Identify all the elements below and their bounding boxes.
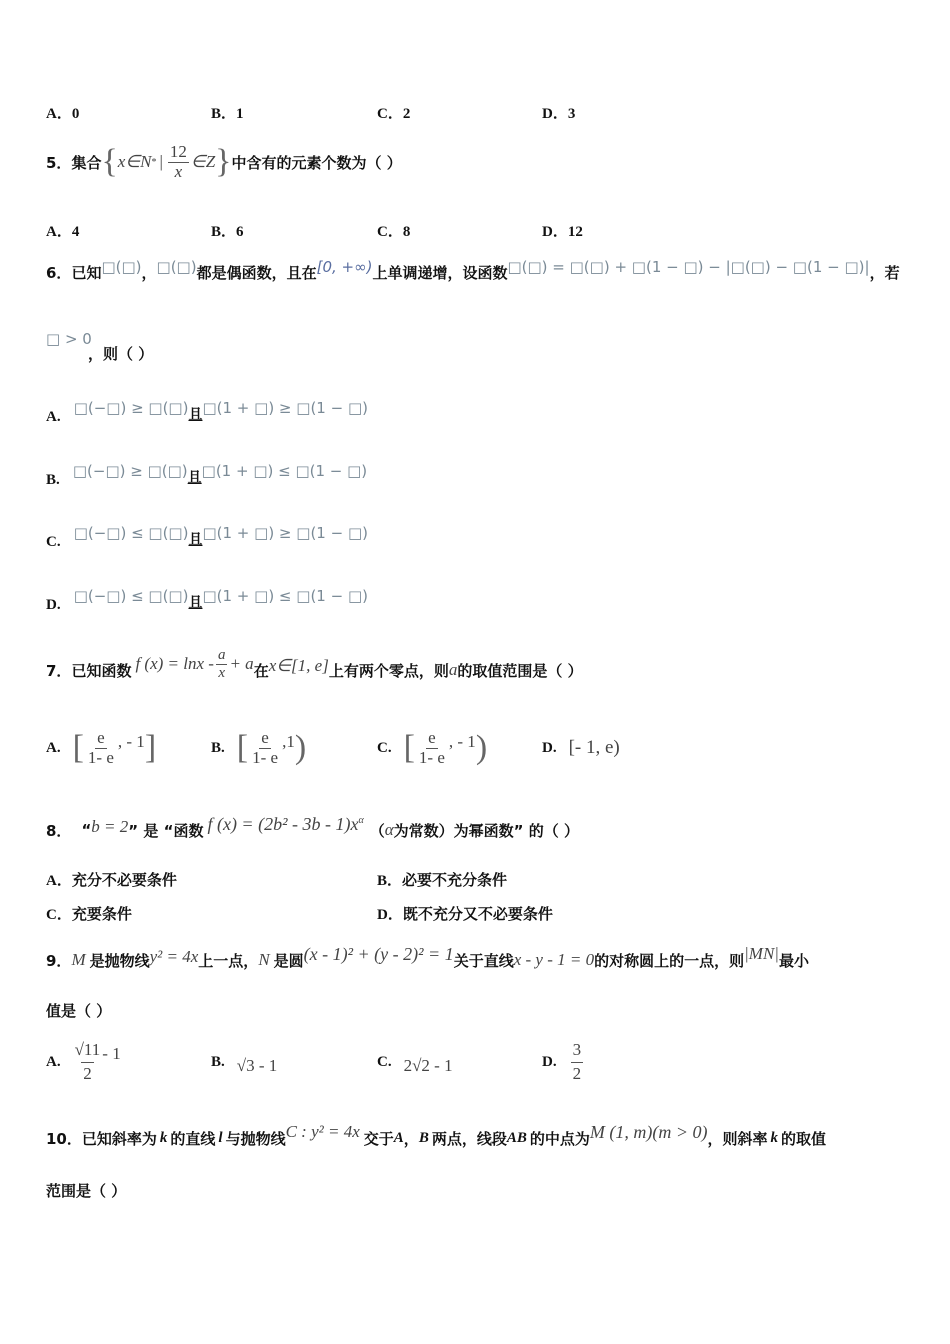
- q4-option-d: D．3: [542, 102, 575, 123]
- set-expression: { x∈N* | 12x ∈Z }: [101, 143, 231, 181]
- question-7: 7．已知函数 f (x) = lnx - ax + a 在 x∈[1, e] 上…: [46, 644, 583, 696]
- q6-ask: ，则（ ）: [88, 343, 153, 364]
- q9-option-a: A. √112 - 1: [46, 1036, 121, 1088]
- q9-continuation: 值是（ ）: [46, 1000, 111, 1021]
- q4-option-c: C．2: [377, 102, 410, 123]
- q6-condition: □ > 0: [46, 330, 92, 348]
- q4-option-a: A．0: [46, 102, 79, 123]
- question-5: 5． 集合 { x∈N* | 12x ∈Z } 中含有的元素个数为（ ）: [46, 136, 402, 188]
- q4-option-b: B．1: [211, 102, 244, 123]
- q6-option-d: D. □(−□) ≤ □(□)且□(1 + □) ≤ □(1 − □): [46, 586, 368, 606]
- q5-option-c: C．8: [377, 220, 410, 241]
- q5-option-d: D．12: [542, 220, 583, 241]
- function-definition: f (x) = lnx - ax + a: [135, 647, 253, 681]
- question-9: 9． M 是抛物线 y² = 4x 上一点， N 是圆 (x - 1)² + (…: [46, 944, 809, 976]
- q8-option-d: D．既不充分又不必要条件: [377, 903, 553, 924]
- question-number: 8．: [46, 820, 71, 841]
- q6-option-b: B. □(−□) ≥ □(□)且□(1 + □) ≤ □(1 − □): [46, 461, 367, 481]
- q8-option-c: C．充要条件: [46, 903, 132, 924]
- q9-option-d: D. 32: [542, 1036, 585, 1088]
- q5-option-a: A．4: [46, 220, 79, 241]
- question-number: 9．: [46, 950, 71, 971]
- q8-option-a: A．充分不必要条件: [46, 869, 177, 890]
- q7-option-c: C. [ e1- e , - 1 ): [377, 722, 487, 774]
- q6-option-a: A. □(−□) ≥ □(□)且□(1 + □) ≥ □(1 − □): [46, 398, 368, 418]
- question-number: 7．: [46, 660, 71, 681]
- q10-continuation: 范围是（ ）: [46, 1180, 126, 1201]
- q6-option-c: C. □(−□) ≤ □(□)且□(1 + □) ≥ □(1 − □): [46, 523, 368, 543]
- q5-option-b: B．6: [211, 220, 244, 241]
- q9-option-b: B. √3 - 1: [211, 1036, 277, 1088]
- q8-option-b: B．必要不充分条件: [377, 869, 507, 890]
- question-8: 8． “ b = 2 ” 是 “函数 f (x) = (2b² - 3b - 1…: [46, 810, 579, 850]
- question-number: 5．: [46, 152, 71, 173]
- q7-option-d: D. [- 1, e): [542, 722, 620, 774]
- q7-option-b: B. [ e1- e ,1 ): [211, 722, 306, 774]
- question-6: 6．已知□(□)，□(□)都是偶函数，且在[0, +∞)上单调递增，设函数□(□…: [46, 262, 900, 283]
- q9-option-c: C. 2√2 - 1: [377, 1036, 453, 1088]
- q7-option-a: A. [ e1- e , - 1 ]: [46, 722, 156, 774]
- question-number: 6．: [46, 264, 71, 282]
- question-number: 10．: [46, 1128, 82, 1149]
- question-10: 10． 已知斜率为 k 的直线 l 与抛物线 C : y² = 4x 交于 A，…: [46, 1122, 826, 1154]
